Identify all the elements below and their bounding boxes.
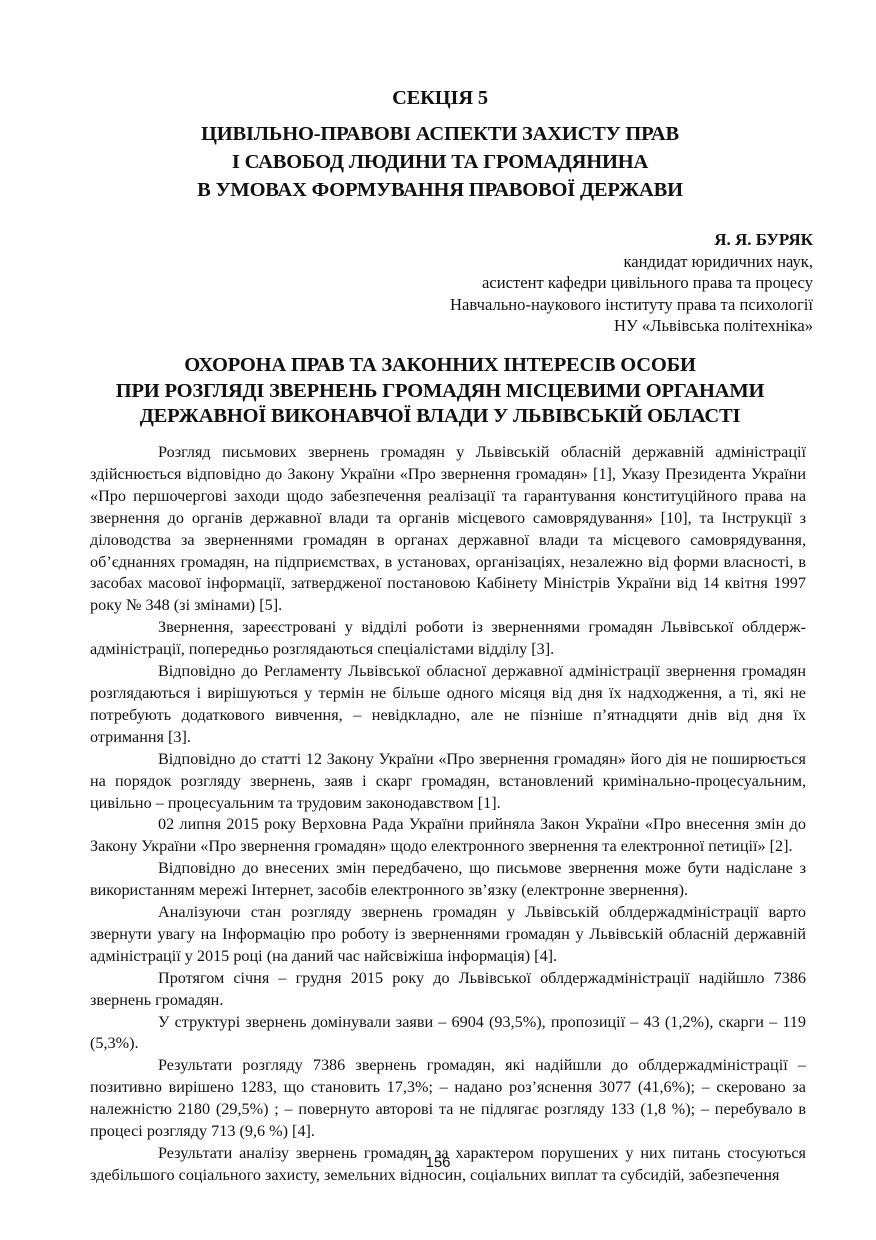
author-name: Я. Я. БУРЯК	[450, 229, 813, 251]
author-affiliation-line: НУ «Львівська політехніка»	[450, 315, 813, 337]
body-paragraph: Результати розгляду 7386 звернень громад…	[90, 1055, 806, 1143]
author-affiliation-line: кандидат юридичних наук,	[450, 251, 813, 273]
section-header: СЕКЦІЯ 5 ЦИВІЛЬНО-ПРАВОВІ АСПЕКТИ ЗАХИСТ…	[80, 84, 800, 204]
body-paragraph: Протягом січня – грудня 2015 року до Льв…	[90, 968, 806, 1012]
body-paragraph: Відповідно до статті 12 Закону України «…	[90, 749, 806, 815]
section-label: СЕКЦІЯ 5	[80, 84, 800, 112]
section-title-line: ЦИВІЛЬНО-ПРАВОВІ АСПЕКТИ ЗАХИСТУ ПРАВ	[80, 120, 800, 148]
body-paragraph: Аналізуючи стан розгляду звернень громад…	[90, 902, 806, 968]
body-paragraph: Відповідно до Регламенту Львівської обла…	[90, 661, 806, 749]
section-title-line: І САВОБОД ЛЮДИНИ ТА ГРОМАДЯНИНА	[80, 148, 800, 176]
section-title-line: В УМОВАХ ФОРМУВАННЯ ПРАВОВОЇ ДЕРЖАВИ	[80, 176, 800, 204]
author-affiliation-line: асистент кафедри цивільного права та про…	[450, 272, 813, 294]
body-paragraph: Розгляд письмових звернень громадян у Ль…	[90, 442, 806, 617]
article-title-line: ПРИ РОЗГЛЯДІ ЗВЕРНЕНЬ ГРОМАДЯН МІСЦЕВИМИ…	[80, 379, 800, 405]
body-paragraph: Звернення, зареєстровані у відділі робот…	[90, 617, 806, 661]
article-title: ОХОРОНА ПРАВ ТА ЗАКОННИХ ІНТЕРЕСІВ ОСОБИ…	[80, 353, 800, 430]
article-body: Розгляд письмових звернень громадян у Ль…	[90, 442, 806, 1187]
author-info: Я. Я. БУРЯК кандидат юридичних наук, аси…	[450, 229, 813, 337]
article-title-line: ОХОРОНА ПРАВ ТА ЗАКОННИХ ІНТЕРЕСІВ ОСОБИ	[80, 353, 800, 379]
page-number: 156	[0, 1154, 876, 1171]
body-paragraph: 02 липня 2015 року Верховна Рада України…	[90, 814, 806, 858]
body-paragraph: Відповідно до внесених змін передбачено,…	[90, 858, 806, 902]
document-page: СЕКЦІЯ 5 ЦИВІЛЬНО-ПРАВОВІ АСПЕКТИ ЗАХИСТ…	[0, 0, 876, 1240]
article-title-line: ДЕРЖАВНОЇ ВИКОНАВЧОЇ ВЛАДИ У ЛЬВІВСЬКІЙ …	[80, 404, 800, 430]
body-paragraph: У структурі звернень домінували заяви – …	[90, 1012, 806, 1056]
author-affiliation-line: Навчально-наукового інституту права та п…	[450, 294, 813, 316]
